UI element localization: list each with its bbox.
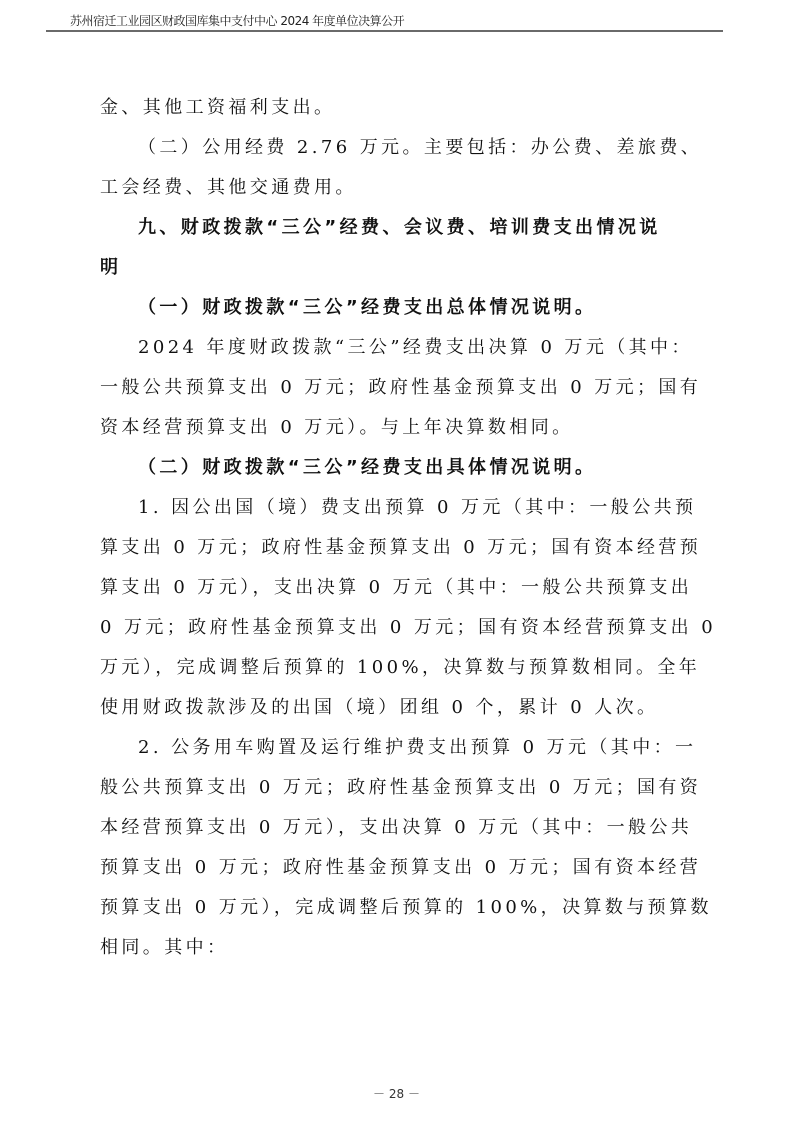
text-line: 预算支出 0 万元），完成调整后预算的 100%，决算数与预算数	[100, 888, 692, 928]
text-line: 算支出 0 万元），支出决算 0 万元（其中：一般公共预算支出	[100, 568, 692, 608]
text-line: 2. 公务用车购置及运行维护费支出预算 0 万元（其中：一	[100, 728, 692, 768]
text-line: 相同。其中：	[100, 928, 692, 968]
text-line: 工会经费、其他交通费用。	[100, 168, 692, 208]
text-line: 1. 因公出国（境）费支出预算 0 万元（其中：一般公共预	[100, 488, 692, 528]
section-heading: 九、财政拨款“三公”经费、会议费、培训费支出情况说	[100, 208, 692, 248]
text-line: 0 万元；政府性基金预算支出 0 万元；国有资本经营预算支出 0	[100, 608, 692, 648]
text-line: 本经营预算支出 0 万元），支出决算 0 万元（其中：一般公共	[100, 808, 692, 848]
text-line: 算支出 0 万元；政府性基金预算支出 0 万元；国有资本经营预	[100, 528, 692, 568]
subsection-heading: （一）财政拨款“三公”经费支出总体情况说明。	[100, 288, 692, 328]
subsection-heading: （二）财政拨款“三公”经费支出具体情况说明。	[100, 448, 692, 488]
text-line: 使用财政拨款涉及的出国（境）团组 0 个，累计 0 人次。	[100, 688, 692, 728]
text-line: 金、其他工资福利支出。	[100, 88, 692, 128]
text-line: （二）公用经费 2.76 万元。主要包括：办公费、差旅费、	[100, 128, 692, 168]
header-title: 苏州宿迁工业园区财政国库集中支付中心 2024 年度单位决算公开	[70, 12, 404, 29]
document-body: 金、其他工资福利支出。 （二）公用经费 2.76 万元。主要包括：办公费、差旅费…	[100, 88, 692, 968]
text-line: 2024 年度财政拨款“三公”经费支出决算 0 万元（其中：	[100, 328, 692, 368]
text-line: 资本经营预算支出 0 万元）。与上年决算数相同。	[100, 408, 692, 448]
text-line: 般公共预算支出 0 万元；政府性基金预算支出 0 万元；国有资	[100, 768, 692, 808]
text-line: 预算支出 0 万元；政府性基金预算支出 0 万元；国有资本经营	[100, 848, 692, 888]
text-line: 万元），完成调整后预算的 100%，决算数与预算数相同。全年	[100, 648, 692, 688]
section-heading-cont: 明	[100, 248, 692, 288]
page-number: － 28 －	[0, 1085, 793, 1102]
text-line: 一般公共预算支出 0 万元；政府性基金预算支出 0 万元；国有	[100, 368, 692, 408]
page-header: 苏州宿迁工业园区财政国库集中支付中心 2024 年度单位决算公开	[46, 8, 723, 32]
